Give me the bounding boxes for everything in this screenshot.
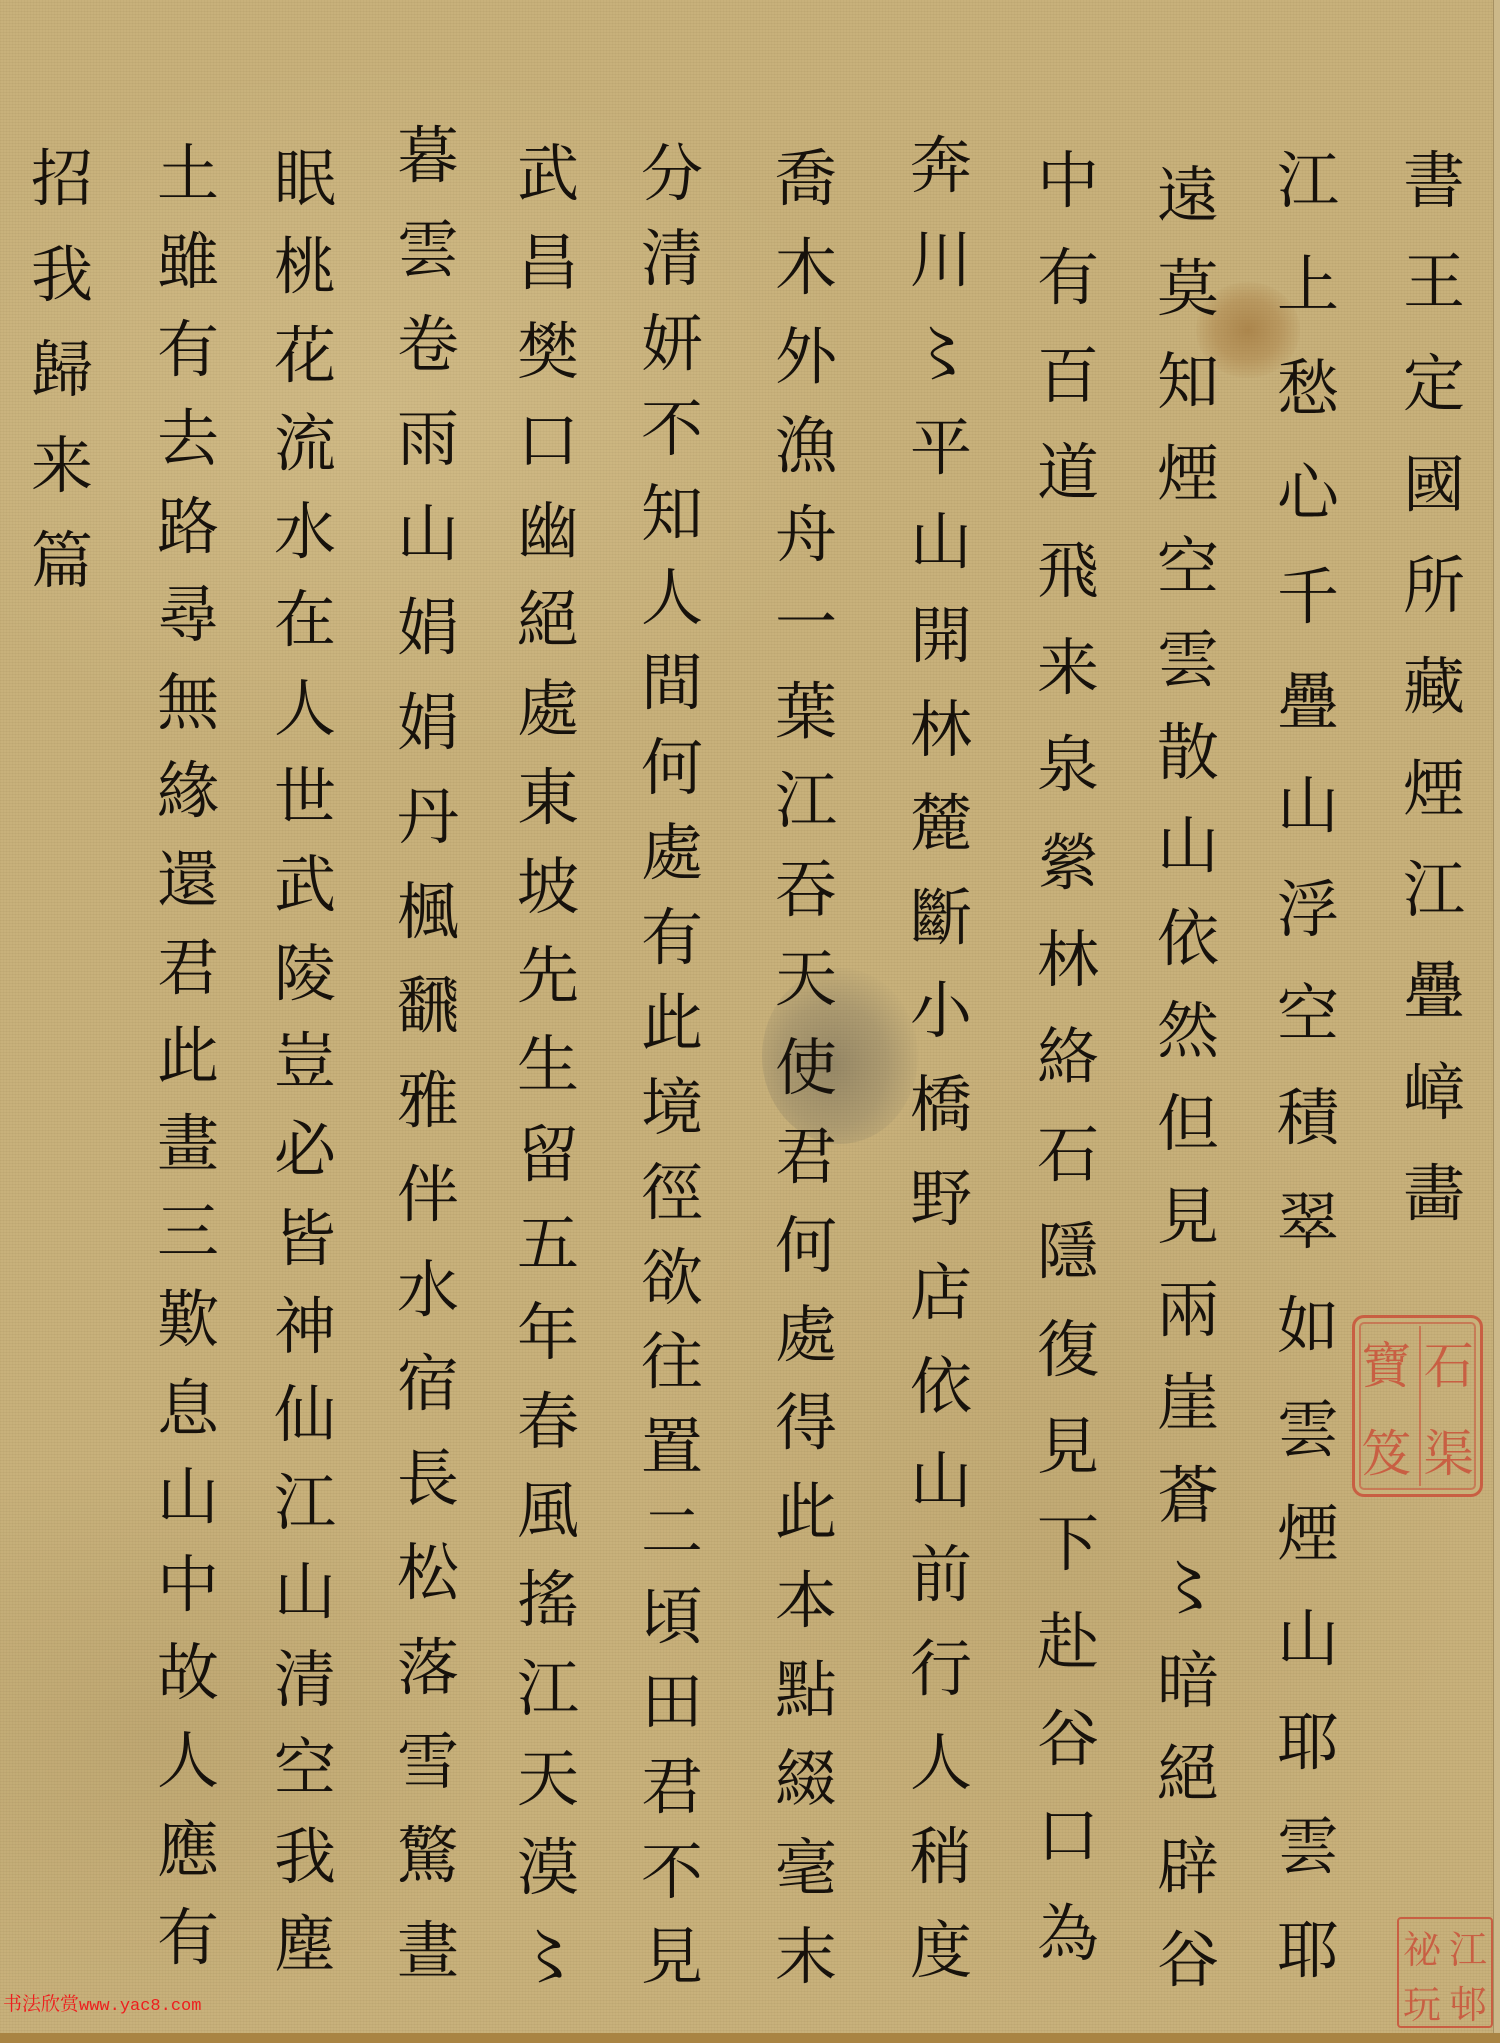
text-column-5: 奔川〻平山開林麓斷小橋野店依山前行人稍度 [901,135,981,1982]
calligraphy-character: 喬 [766,148,846,210]
calligraphy-character: 心 [1268,462,1348,524]
website-watermark: 书法欣赏www.yac8.com [3,1992,201,2019]
calligraphy-character: 山 [901,511,981,573]
calligraphy-character: 土 [148,143,228,205]
calligraphy-character: 東 [508,767,588,829]
calligraphy-character: 息 [148,1378,228,1440]
text-column-2: 江上愁心千疊山浮空積翠如雲煙山耶雲耶 [1268,150,1348,1982]
calligraphy-character: 山 [265,1561,345,1623]
calligraphy-character: 毫 [766,1837,846,1899]
calligraphy-character: 晝 [388,1920,468,1982]
calligraphy-character: 百 [1028,345,1108,407]
calligraphy-character: 度 [901,1920,981,1982]
calligraphy-character: 招 [22,148,102,210]
calligraphy-character: 兩 [1148,1279,1228,1341]
calligraphy-character: 驚 [388,1825,468,1887]
calligraphy-character: 江 [1268,150,1348,212]
calligraphy-character: 緣 [148,760,228,822]
calligraphy-character: 飛 [1028,540,1108,602]
calligraphy-character: 頃 [632,1586,712,1648]
calligraphy-character: 暮 [388,125,468,187]
calligraphy-character: 畵 [1394,1163,1474,1225]
calligraphy-character: 為 [1028,1903,1108,1965]
calligraphy-character: 年 [508,1302,588,1364]
calligraphy-character: 雲 [1148,629,1228,691]
text-column-3: 遠莫知煙空雲散山依然但見兩崖蒼〻暗絕辟谷 [1148,165,1228,1991]
calligraphy-character: 處 [632,822,712,884]
calligraphy-character: 愁 [1268,358,1348,420]
calligraphy-character: 積 [1268,1087,1348,1149]
calligraphy-character: 漁 [766,415,846,477]
calligraphy-character: 得 [766,1392,846,1454]
text-column-9: 暮雲卷雨山娟娟丹楓飜雅伴水宿長松落雪驚晝 [388,125,468,1982]
calligraphy-character: 尋 [148,584,228,646]
calligraphy-character: 武 [265,854,345,916]
calligraphy-character: 留 [508,1124,588,1186]
calligraphy-character: 豈 [265,1031,345,1093]
seal-character: 笈 [1355,1406,1418,1494]
seal-character: 邨 [1445,1974,1491,2029]
calligraphy-character: 故 [148,1642,228,1704]
calligraphy-character: 此 [632,992,712,1054]
calligraphy-character: 江 [1394,859,1474,921]
calligraphy-character: 綴 [766,1748,846,1810]
calligraphy-character: 有 [148,1907,228,1969]
seal-character: 玩 [1399,1974,1445,2029]
calligraphy-character: 應 [148,1819,228,1881]
calligraphy-character: 末 [766,1926,846,1988]
calligraphy-character: 此 [766,1481,846,1543]
calligraphy-character: 人 [148,1730,228,1792]
calligraphy-character: 花 [265,325,345,387]
calligraphy-character: 三 [148,1201,228,1263]
calligraphy-character: 煙 [1268,1503,1348,1565]
calligraphy-character: 奔 [901,135,981,197]
calligraphy-character: 一 [766,592,846,654]
calligraphy-character: 徑 [632,1162,712,1224]
calligraphy-character: 隱 [1028,1221,1108,1283]
calligraphy-character: 還 [148,849,228,911]
calligraphy-character: 君 [148,937,228,999]
calligraphy-character: 空 [1148,536,1228,598]
watermark-site-name: 书法欣赏 [3,1993,79,2015]
calligraphy-character: 風 [508,1480,588,1542]
calligraphy-character: 本 [766,1570,846,1632]
calligraphy-character: 吞 [766,859,846,921]
calligraphy-character: 山 [901,1450,981,1512]
calligraphy-character: 水 [265,501,345,563]
calligraphy-character: 我 [22,244,102,306]
title-column: 書王定國所藏煙江疊嶂畵 [1394,150,1474,1225]
calligraphy-character: 舟 [766,504,846,566]
calligraphy-character: 散 [1148,722,1228,784]
text-column-4: 中有百道飛来泉縈林絡石隱復見下赴谷口為 [1028,150,1108,1965]
calligraphy-character: 煙 [1148,443,1228,505]
calligraphy-character: 翠 [1268,1191,1348,1253]
calligraphy-character: 不 [632,398,712,460]
calligraphy-character: 塵 [265,1914,345,1976]
calligraphy-character: 外 [766,326,846,388]
calligraphy-character: 口 [508,410,588,472]
calligraphy-character: 流 [265,413,345,475]
calligraphy-character: 田 [632,1671,712,1733]
calligraphy-character: 雖 [148,231,228,293]
text-column-8: 武昌樊口幽絕處東坡先生留五年春風搖江天漠〻 [508,143,588,1988]
calligraphy-character: 欲 [632,1247,712,1309]
seal-character: 寶 [1355,1318,1418,1406]
calligraphy-character: 卷 [388,314,468,376]
calligraphy-character: 来 [1028,637,1108,699]
calligraphy-character: 千 [1268,566,1348,628]
calligraphy-character: 崖 [1148,1372,1228,1434]
calligraphy-character: 處 [508,678,588,740]
calligraphy-character: 何 [632,737,712,799]
calligraphy-character: 人 [901,1732,981,1794]
text-column-10: 眠桃花流水在人世武陵豈必皆神仙江山清空我塵 [265,148,345,1976]
calligraphy-character: 上 [1268,254,1348,316]
calligraphy-character: 復 [1028,1319,1108,1381]
calligraphy-character: 縈 [1028,832,1108,894]
calligraphy-character: 然 [1148,1000,1228,1062]
mount-bottom-edge [0,2033,1500,2043]
calligraphy-character: 君 [632,1756,712,1818]
calligraphy-character: 道 [1028,442,1108,504]
calligraphy-character: 無 [148,672,228,734]
calligraphy-character: 落 [388,1637,468,1699]
calligraphy-character: 去 [148,408,228,470]
calligraphy-character: 丹 [388,786,468,848]
calligraphy-character: 漠 [508,1837,588,1899]
calligraphy-character: 〻 [901,323,981,385]
calligraphy-character: 口 [1028,1805,1108,1867]
calligraphy-character: 見 [1148,1186,1228,1248]
calligraphy-character: 山 [1148,815,1228,877]
calligraphy-character: 處 [766,1304,846,1366]
text-column-7: 分清妍不知人間何處有此境徑欲往置二頃田君不見 [632,143,712,1988]
calligraphy-character: 長 [388,1448,468,1510]
calligraphy-character: 定 [1394,353,1474,415]
calligraphy-character: 雲 [388,219,468,281]
calligraphy-character: 赴 [1028,1611,1108,1673]
mount-right-edge [1493,0,1500,2033]
calligraphy-character: 川 [901,229,981,291]
calligraphy-character: 雪 [388,1731,468,1793]
calligraphy-character: 置 [632,1416,712,1478]
calligraphy-character: 天 [766,948,846,1010]
calligraphy-character: 有 [632,907,712,969]
calligraphy-character: 疊 [1268,671,1348,733]
calligraphy-character: 生 [508,1034,588,1096]
calligraphy-character: 泉 [1028,734,1108,796]
calligraphy-character: 耶 [1268,1920,1348,1982]
calligraphy-character: 眠 [265,148,345,210]
calligraphy-character: 搖 [508,1569,588,1631]
calligraphy-character: 煙 [1394,758,1474,820]
calligraphy-character: 蒼 [1148,1465,1228,1527]
calligraphy-character: 如 [1268,1295,1348,1357]
calligraphy-character: 娟 [388,597,468,659]
calligraphy-character: 前 [901,1544,981,1606]
text-column-11: 土雖有去路尋無緣還君此畫三歎息山中故人應有 [148,143,228,1969]
calligraphy-character: 有 [148,319,228,381]
calligraphy-character: 樊 [508,321,588,383]
calligraphy-character: 有 [1028,247,1108,309]
calligraphy-character: 雅 [388,1070,468,1132]
calligraphy-character: 絕 [1148,1743,1228,1805]
calligraphy-character: 〻 [1148,1557,1228,1619]
text-column-12: 招我歸来篇 [22,148,102,592]
calligraphy-character: 中 [1028,150,1108,212]
calligraphy-character: 王 [1394,251,1474,313]
calligraphy-character: 伴 [388,1164,468,1226]
calligraphy-character: 知 [1148,351,1228,413]
calligraphy-character: 空 [265,1737,345,1799]
calligraphy-character: 依 [1148,908,1228,970]
calligraphy-character: 疊 [1394,960,1474,1022]
calligraphy-character: 山 [1268,1608,1348,1670]
calligraphy-character: 葉 [766,681,846,743]
calligraphy-character: 開 [901,605,981,667]
calligraphy-character: 五 [508,1213,588,1275]
calligraphy-character: 江 [265,1472,345,1534]
calligraphy-character: 〻 [508,1926,588,1988]
calligraphy-character: 書 [1394,150,1474,212]
calligraphy-character: 谷 [1148,1929,1228,1991]
calligraphy-character: 楓 [388,881,468,943]
calligraphy-character: 耶 [1268,1712,1348,1774]
calligraphy-character: 幽 [508,500,588,562]
calligraphy-character: 昌 [508,232,588,294]
calligraphy-character: 谷 [1028,1708,1108,1770]
calligraphy-character: 斷 [901,887,981,949]
calligraphy-character: 知 [632,483,712,545]
calligraphy-character: 但 [1148,1093,1228,1155]
calligraphy-character: 在 [265,589,345,651]
calligraphy-character: 必 [265,1119,345,1181]
calligraphy-character: 来 [22,435,102,497]
calligraphy-character: 不 [632,1841,712,1903]
calligraphy-character: 二 [632,1501,712,1563]
calligraphy-character: 神 [265,1296,345,1358]
calligraphy-character: 麓 [901,793,981,855]
calligraphy-character: 山 [148,1466,228,1528]
calligraphy-character: 畫 [148,1113,228,1175]
calligraphy-character: 林 [1028,929,1108,991]
seal-character: 祕 [1399,1919,1445,1974]
calligraphy-character: 春 [508,1391,588,1453]
calligraphy-character: 點 [766,1659,846,1721]
calligraphy-character: 先 [508,945,588,1007]
calligraphy-character: 雲 [1268,1816,1348,1878]
calligraphy-character: 嶂 [1394,1062,1474,1124]
calligraphy-character: 中 [148,1554,228,1616]
calligraphy-character: 店 [901,1262,981,1324]
calligraphy-character: 人 [632,567,712,629]
calligraphy-character: 見 [1028,1416,1108,1478]
calligraphy-character: 空 [1268,983,1348,1045]
calligraphy-character: 皆 [265,1208,345,1270]
calligraphy-character: 山 [1268,775,1348,837]
text-column-6: 喬木外漁舟一葉江吞天使君何處得此本點綴毫末 [766,148,846,1988]
calligraphy-character: 清 [265,1649,345,1711]
calligraphy-character: 暗 [1148,1650,1228,1712]
calligraphy-character: 歎 [148,1289,228,1351]
calligraphy-character: 娟 [388,692,468,754]
calligraphy-character: 武 [508,143,588,205]
calligraphy-character: 路 [148,496,228,558]
calligraphy-character: 小 [901,980,981,1042]
calligraphy-character: 林 [901,699,981,761]
calligraphy-character: 國 [1394,454,1474,516]
calligraphy-character: 所 [1394,555,1474,617]
collector-seal-shiqu-baoji: 石 渠 寶 笈 [1352,1315,1483,1497]
calligraphy-character: 江 [508,1658,588,1720]
calligraphy-character: 妍 [632,313,712,375]
calligraphy-character: 歸 [22,339,102,401]
seal-character: 渠 [1418,1406,1481,1494]
calligraphy-character: 行 [901,1638,981,1700]
calligraphy-character: 辟 [1148,1836,1228,1898]
calligraphy-character: 雲 [1268,1399,1348,1461]
calligraphy-character: 野 [901,1168,981,1230]
calligraphy-character: 遠 [1148,165,1228,227]
calligraphy-character: 陵 [265,943,345,1005]
watermark-url: www.yac8.com [79,1997,201,2016]
calligraphy-character: 使 [766,1037,846,1099]
calligraphy-character: 松 [388,1542,468,1604]
calligraphy-character: 分 [632,143,712,205]
calligraphy-character: 藏 [1394,656,1474,718]
calligraphy-character: 間 [632,652,712,714]
calligraphy-character: 山 [388,503,468,565]
seal-character: 石 [1418,1318,1481,1406]
calligraphy-character: 清 [632,228,712,290]
calligraphy-character: 此 [148,1025,228,1087]
calligraphy-character: 水 [388,1259,468,1321]
calligraphy-character: 何 [766,1215,846,1277]
calligraphy-character: 雨 [388,408,468,470]
calligraphy-character: 浮 [1268,879,1348,941]
seal-character: 江 [1445,1919,1491,1974]
calligraphy-character: 往 [632,1331,712,1393]
calligraphy-character: 篇 [22,530,102,592]
calligraphy-character: 石 [1028,1124,1108,1186]
calligraphy-character: 天 [508,1748,588,1810]
calligraphy-character: 飜 [388,975,468,1037]
calligraphy-character: 君 [766,1126,846,1188]
calligraphy-character: 依 [901,1356,981,1418]
calligraphy-character: 絕 [508,589,588,651]
calligraphy-character: 見 [632,1926,712,1988]
calligraphy-character: 世 [265,766,345,828]
calligraphy-character: 莫 [1148,258,1228,320]
calligraphy-character: 絡 [1028,1026,1108,1088]
calligraphy-character: 桃 [265,236,345,298]
calligraphy-character: 下 [1028,1513,1108,1575]
calligraphy-character: 境 [632,1077,712,1139]
calligraphy-character: 人 [265,678,345,740]
calligraphy-character: 江 [766,770,846,832]
calligraphy-character: 木 [766,237,846,299]
calligraphy-character: 平 [901,417,981,479]
calligraphy-character: 稍 [901,1826,981,1888]
calligraphy-character: 坡 [508,856,588,918]
calligraphy-character: 宿 [388,1353,468,1415]
calligraphy-character: 橋 [901,1074,981,1136]
collector-seal-jiangcun: 江 邨 祕 玩 [1397,1917,1493,2028]
calligraphy-character: 仙 [265,1384,345,1446]
calligraphy-character: 我 [265,1826,345,1888]
